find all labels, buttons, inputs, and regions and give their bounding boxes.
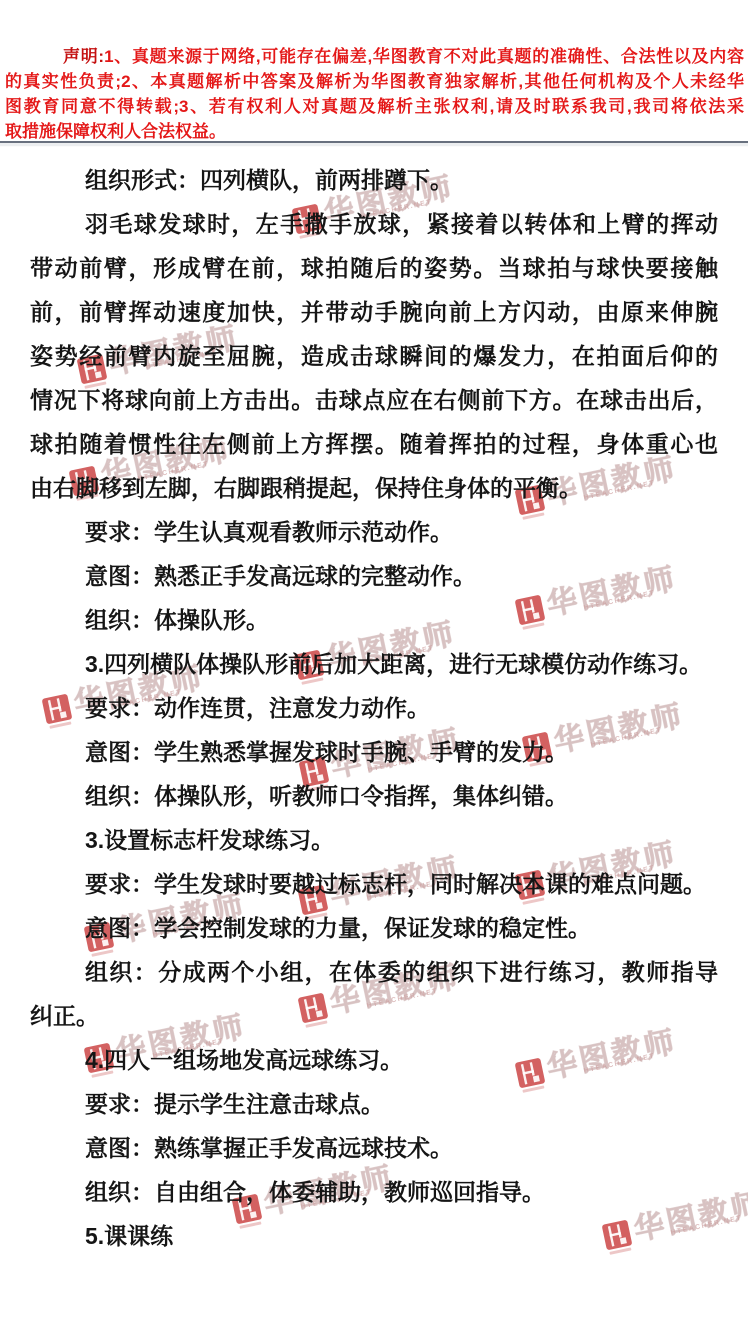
body-line: 由右脚移到左脚，右脚跟稍提起，保持住身体的平衡。 <box>30 466 718 510</box>
disclaimer-block: 声明:1、真题来源于网络,可能存在偏差,华图教育不对此真题的准确性、合法性以及内… <box>5 44 744 144</box>
body-line: 姿势经前臂内旋至屈腕，造成击球瞬间的爆发力，在拍面后仰的 <box>30 334 718 378</box>
body-line: 带动前臂，形成臂在前，球拍随后的姿势。当球拍与球快要接触 <box>30 246 718 290</box>
body-line: 羽毛球发球时，左手撒手放球，紧接着以转体和上臂的挥动 <box>30 202 718 246</box>
document-body: 组织形式：四列横队，前两排蹲下。羽毛球发球时，左手撒手放球，紧接着以转体和上臂的… <box>30 158 718 1258</box>
body-line: 组织：自由组合，体委辅助，教师巡回指导。 <box>30 1170 718 1214</box>
body-line: 组织形式：四列横队，前两排蹲下。 <box>30 158 718 202</box>
body-line: 组织：体操队形。 <box>30 598 718 642</box>
body-line: 5.课课练 <box>30 1214 718 1258</box>
document-page: 华图教师 HTEACHER.NET 华图教师 HTEACHER.NET <box>0 0 748 1335</box>
body-line: 要求：学生认真观看教师示范动作。 <box>30 510 718 554</box>
body-line: 意图：熟练掌握正手发高远球技术。 <box>30 1126 718 1170</box>
body-line: 前，前臂挥动速度加快，并带动手腕向前上方闪动，由原来伸腕 <box>30 290 718 334</box>
document-content: 声明:1、真题来源于网络,可能存在偏差,华图教育不对此真题的准确性、合法性以及内… <box>0 0 748 1335</box>
disclaimer-line: 声明:1、真题来源于网络,可能存在偏差,华图教育不对此真题的准确性、合法性以及内… <box>5 44 744 69</box>
body-line: 3.设置标志杆发球练习。 <box>30 818 718 862</box>
body-line: 4.四人一组场地发高远球练习。 <box>30 1038 718 1082</box>
body-line: 要求：学生发球时要越过标志杆，同时解决本课的难点问题。 <box>30 862 718 906</box>
disclaimer-label: 声明: <box>63 47 104 66</box>
body-line: 球拍随着惯性往左侧前上方挥摆。随着挥拍的过程，身体重心也 <box>30 422 718 466</box>
body-line: 意图：学会控制发球的力量，保证发球的稳定性。 <box>30 906 718 950</box>
disclaimer-line-text: 1、真题来源于网络,可能存在偏差,华图教育不对此真题的准确性、合法性以及内容 <box>104 47 744 66</box>
section-divider <box>0 141 748 147</box>
body-line: 3.四列横队体操队形前后加大距离，进行无球模仿动作练习。 <box>30 642 718 686</box>
disclaimer-line: 图教育同意不得转载;3、若有权利人对真题及解析主张权利,请及时联系我司,我司将依… <box>5 94 744 119</box>
body-line: 要求：提示学生注意击球点。 <box>30 1082 718 1126</box>
body-line: 情况下将球向前上方击出。击球点应在右侧前下方。在球击出后， <box>30 378 718 422</box>
body-line: 意图：熟悉正手发高远球的完整动作。 <box>30 554 718 598</box>
body-line: 纠正。 <box>30 994 718 1038</box>
disclaimer-line: 的真实性负责;2、本真题解析中答案及解析为华图教育独家解析,其他任何机构及个人未… <box>5 69 744 94</box>
body-line: 组织：分成两个小组，在体委的组织下进行练习，教师指导 <box>30 950 718 994</box>
body-line: 组织：体操队形，听教师口令指挥，集体纠错。 <box>30 774 718 818</box>
body-line: 意图：学生熟悉掌握发球时手腕、手臂的发力。 <box>30 730 718 774</box>
body-line: 要求：动作连贯，注意发力动作。 <box>30 686 718 730</box>
